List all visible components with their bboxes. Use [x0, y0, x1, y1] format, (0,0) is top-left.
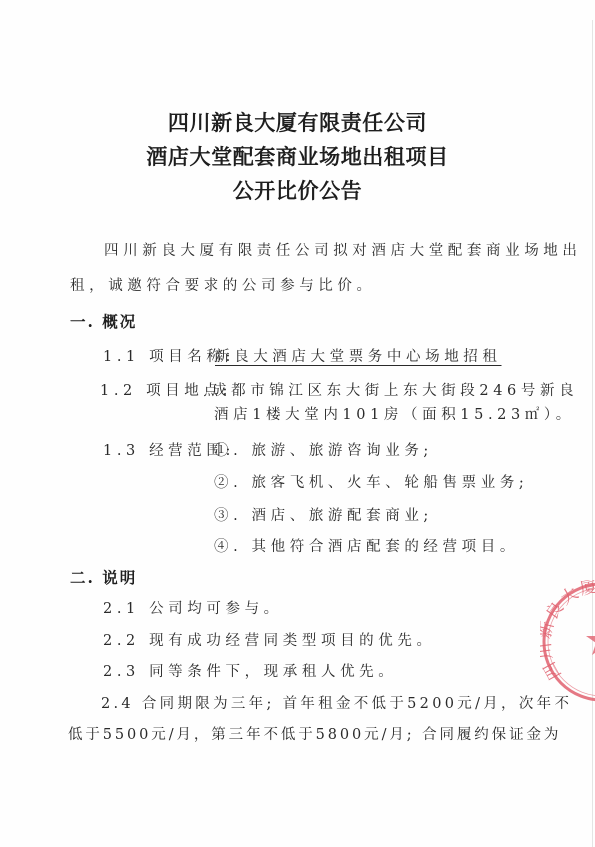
title-announcement: 公开比价公告: [0, 178, 595, 204]
note-item-2-4-line-1: 2.4 合同期限为三年; 首年租金不低于5200元/月，次年不: [101, 694, 572, 714]
document-page: 四川新良大厦有限责任公司 酒店大堂配套商业场地出租项目 公开比价公告 四川新良大…: [0, 0, 595, 847]
seal-text: 四川新良大厦有: [540, 580, 595, 683]
note-item-2-3: 2.3 同等条件下，现承租人优先。: [103, 662, 397, 682]
scope-item-1: ①. 旅游、旅游咨询业务;: [214, 441, 433, 461]
note-item-2-4-line-2: 低于5500元/月，第三年不低于5800元/月; 合同履约保证金为: [68, 725, 561, 745]
item-1-1-project-name: 新良大酒店大堂票务中心场地招租: [215, 347, 502, 367]
seal-star-icon: [586, 624, 595, 655]
scope-item-3: ③. 酒店、旅游配套商业;: [214, 506, 433, 526]
note-item-2-1: 2.1 公司均可参与。: [103, 599, 283, 619]
section-heading-overview: 一. 概况: [70, 312, 137, 332]
company-seal-stamp: 四川新良大厦有: [540, 580, 595, 704]
item-1-2-location-line-1: 成都市锦江区东大街上东大街段246号新良: [212, 381, 578, 401]
scope-item-4: ④. 其他符合酒店配套的经营项目。: [214, 537, 519, 557]
title-company: 四川新良大厦有限责任公司: [0, 110, 595, 136]
section-heading-notes: 二. 说明: [70, 568, 137, 588]
scope-item-2: ②. 旅客飞机、火车、轮船售票业务;: [214, 473, 528, 493]
note-item-2-2: 2.2 现有成功经营同类型项目的优先。: [103, 631, 436, 651]
item-1-2-location-line-2: 酒店1楼大堂内101房（面积15.23㎡）。: [214, 405, 575, 425]
title-project: 酒店大堂配套商业场地出租项目: [0, 144, 595, 170]
intro-line-2: 租，诚邀符合要求的公司参与比价。: [70, 276, 376, 296]
intro-line-1: 四川新良大厦有限责任公司拟对酒店大堂配套商业场地出: [104, 241, 582, 261]
